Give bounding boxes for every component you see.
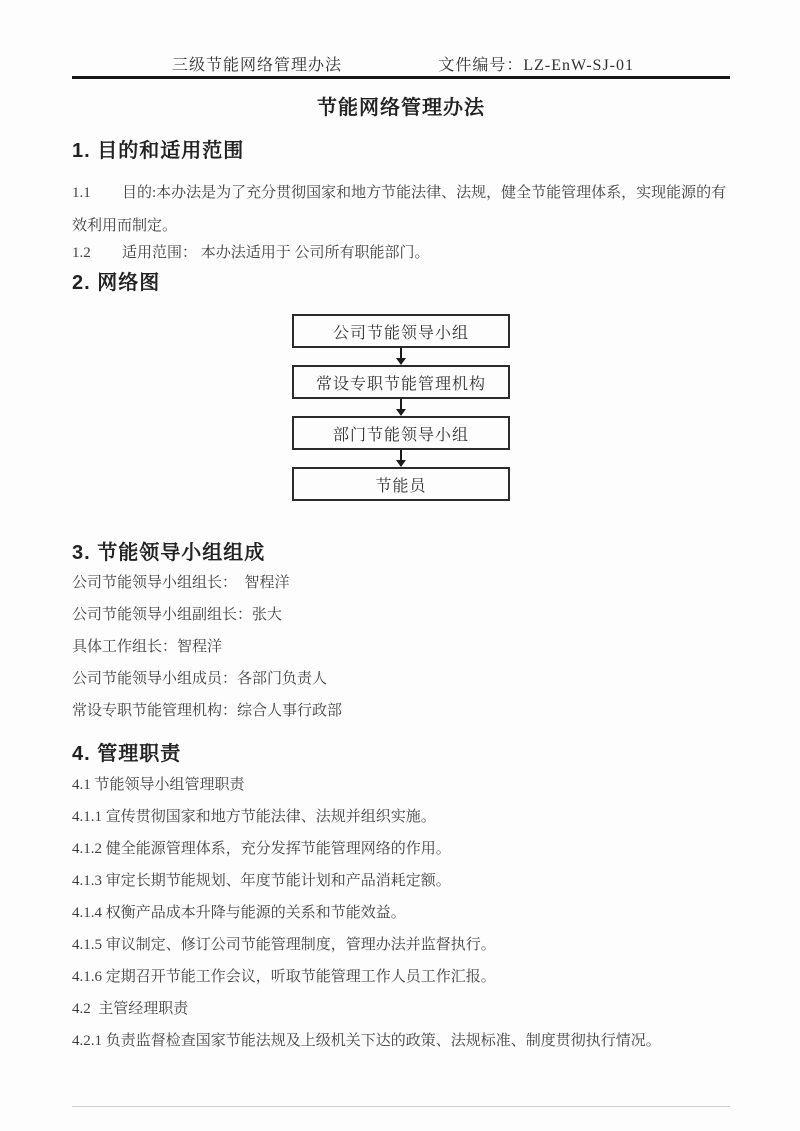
- flow-node-department-leading-group: 部门节能领导小组: [292, 416, 510, 450]
- composition-line-standing-org: 常设专职节能管理机构：综合人事行政部: [72, 703, 730, 719]
- section-3-heading: 3. 节能领导小组组成: [72, 536, 730, 565]
- arrow-shaft: [400, 450, 402, 460]
- group-composition-list: 公司节能领导小组组长： 智程洋 公司节能领导小组副组长：张大 具体工作组长：智程…: [72, 575, 730, 735]
- composition-line-work-leader: 具体工作组长：智程洋: [72, 639, 730, 655]
- clause-1-1: 1.1目的:本办法是为了充分贯彻国家和地方节能法律、法规，健全节能管理体系，实现…: [72, 177, 730, 243]
- org-flowchart: 公司节能领导小组 常设专职节能管理机构 部门节能领导小组 节能员: [72, 314, 730, 501]
- arrow-head: [396, 409, 406, 416]
- composition-line-deputy-leader: 公司节能领导小组副组长：张大: [72, 607, 730, 623]
- arrow-head: [396, 460, 406, 467]
- document-title: 节能网络管理办法: [72, 91, 730, 120]
- clause-1-1-text: 目的:本办法是为了充分贯彻国家和地方节能法律、法规，健全节能管理体系，实现能源的…: [72, 185, 726, 234]
- page-header: 三级节能网络管理办法 文件编号：LZ-EnW-SJ-01: [72, 52, 730, 75]
- arrow-down-icon: [396, 399, 406, 416]
- arrow-down-icon: [396, 450, 406, 467]
- section-4-heading: 4. 管理职责: [72, 737, 730, 766]
- arrow-down-icon: [396, 348, 406, 365]
- header-doc-name: 三级节能网络管理办法: [172, 52, 342, 75]
- composition-line-members: 公司节能领导小组成员：各部门负责人: [72, 671, 730, 687]
- arrow-head: [396, 358, 406, 365]
- arrow-shaft: [400, 348, 402, 358]
- flow-node-standing-management-org: 常设专职节能管理机构: [292, 365, 510, 399]
- duty-line-4-1-6: 4.1.6 定期召开节能工作会议，听取节能管理工作人员工作汇报。: [72, 969, 730, 985]
- duty-line-4-1-5: 4.1.5 审议制定、修订公司节能管理制度，管理办法并监督执行。: [72, 937, 730, 953]
- duty-line-4-1: 4.1 节能领导小组管理职责: [72, 777, 730, 793]
- flow-node-company-leading-group: 公司节能领导小组: [292, 314, 510, 348]
- duty-line-4-2-1: 4.2.1 负责监督检查国家节能法规及上级机关下达的政策、法规标准、制度贯彻执行…: [72, 1033, 730, 1049]
- footer-rule: [72, 1106, 730, 1107]
- header-doc-number: 文件编号：LZ-EnW-SJ-01: [438, 52, 634, 75]
- clause-1-1-number: 1.1: [72, 177, 122, 210]
- section-2-heading: 2. 网络图: [72, 266, 730, 295]
- arrow-shaft: [400, 399, 402, 409]
- duty-line-4-1-2: 4.1.2 健全能源管理体系，充分发挥节能管理网络的作用。: [72, 841, 730, 857]
- composition-line-leader: 公司节能领导小组组长： 智程洋: [72, 575, 730, 591]
- section-1-heading: 1. 目的和适用范围: [72, 134, 730, 163]
- header-rule: [72, 76, 730, 79]
- duty-line-4-2: 4.2 主管经理职责: [72, 1001, 730, 1017]
- clause-1-2-text: 适用范围： 本办法适用于 公司所有职能部门。: [122, 245, 430, 261]
- duties-list: 4.1 节能领导小组管理职责 4.1.1 宣传贯彻国家和地方节能法律、法规并组织…: [72, 777, 730, 1065]
- document-page: 三级节能网络管理办法 文件编号：LZ-EnW-SJ-01 节能网络管理办法 1.…: [0, 0, 800, 1131]
- duty-line-4-1-4: 4.1.4 权衡产品成本升降与能源的关系和节能效益。: [72, 905, 730, 921]
- duty-line-4-1-1: 4.1.1 宣传贯彻国家和地方节能法律、法规并组织实施。: [72, 809, 730, 825]
- duty-line-4-1-3: 4.1.3 审定长期节能规划、年度节能计划和产品消耗定额。: [72, 873, 730, 889]
- flow-node-energy-saving-officer: 节能员: [292, 467, 510, 501]
